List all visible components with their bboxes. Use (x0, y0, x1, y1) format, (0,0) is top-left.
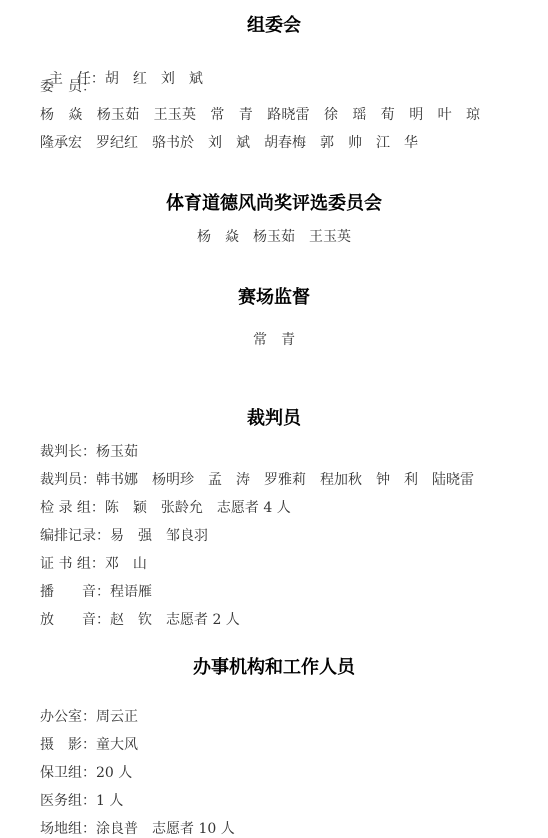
referee-row: 放 音：赵 钦 志愿者 2 人 (40, 610, 240, 630)
row-label: 裁判长： (40, 444, 96, 460)
row-value: 陈 颖 张龄允 志愿者 4 人 (105, 500, 291, 516)
heading-organizing-committee: 组委会 (0, 14, 548, 38)
row-value: 程语雁 (110, 584, 152, 600)
row-value: 1 人 (96, 793, 123, 809)
staff-row: 摄 影：童大风 (40, 735, 138, 755)
row-label: 医务组： (40, 793, 96, 809)
director-value: 胡 红 刘 斌 (105, 71, 203, 87)
venue-supervision-members: 常 青 (0, 330, 548, 350)
heading-staff: 办事机构和工作人员 (0, 656, 548, 680)
row-value: 邓 山 (105, 556, 147, 572)
row-label: 办公室： (40, 709, 96, 725)
members-line-1: 杨 焱 杨玉茹 王玉英 常 青 路晓雷 徐 瑶 荀 明 叶 琼 (40, 105, 480, 125)
row-value: 杨玉茹 (96, 444, 138, 460)
row-value: 童大风 (96, 737, 138, 753)
row-label: 检 录 组： (40, 500, 105, 516)
row-value: 韩书娜 杨明珍 孟 涛 罗雅莉 程加秋 钟 利 陆晓雷 (96, 472, 474, 488)
row-label: 播 音： (40, 584, 110, 600)
row-value: 赵 钦 志愿者 2 人 (110, 612, 240, 628)
referee-row: 编排记录：易 强 邹良羽 (40, 526, 208, 546)
staff-row: 保卫组：20 人 (40, 763, 132, 783)
referee-row: 检 录 组：陈 颖 张龄允 志愿者 4 人 (40, 498, 291, 518)
row-value: 易 强 邹良羽 (110, 528, 208, 544)
members-label: 委 员： (40, 77, 96, 97)
staff-row: 医务组：1 人 (40, 791, 123, 811)
staff-row: 场地组：涂良普 志愿者 10 人 (40, 819, 235, 838)
staff-row: 办公室：周云正 (40, 707, 138, 727)
members-line-2: 隆承宏 罗纪红 骆书於 刘 斌 胡春梅 郭 帅 江 华 (40, 133, 418, 153)
heading-referees: 裁判员 (0, 407, 548, 431)
referee-row: 裁判员：韩书娜 杨明珍 孟 涛 罗雅莉 程加秋 钟 利 陆晓雷 (40, 470, 474, 490)
row-label: 编排记录： (40, 528, 110, 544)
row-label: 裁判员： (40, 472, 96, 488)
row-label: 放 音： (40, 612, 110, 628)
row-label: 摄 影： (40, 737, 96, 753)
row-value: 20 人 (96, 765, 132, 781)
heading-venue-supervision: 赛场监督 (0, 286, 548, 310)
referee-row: 裁判长：杨玉茹 (40, 442, 138, 462)
row-value: 涂良普 志愿者 10 人 (96, 821, 235, 837)
row-value: 周云正 (96, 709, 138, 725)
row-label: 证 书 组： (40, 556, 105, 572)
row-label: 保卫组： (40, 765, 96, 781)
referee-row: 播 音：程语雁 (40, 582, 152, 602)
row-label: 场地组： (40, 821, 96, 837)
heading-sportsmanship-committee: 体育道德风尚奖评选委员会 (0, 192, 548, 216)
sportsmanship-members: 杨 焱 杨玉茹 王玉英 (0, 227, 548, 247)
referee-row: 证 书 组：邓 山 (40, 554, 147, 574)
